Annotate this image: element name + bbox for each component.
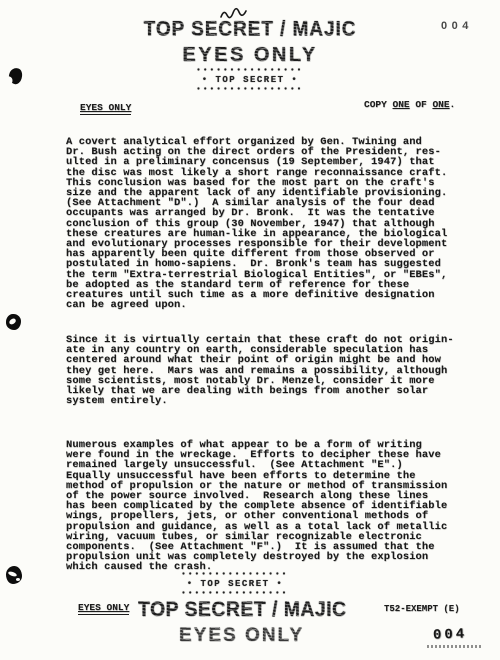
scanned-document-page: 004 TOP SECRET / MAJIC EYES ONLY •••••••…	[0, 0, 500, 660]
footer-dotted-top-secret-stamp: •••••••••••••••• • TOP SECRET • ••••••••…	[160, 571, 310, 598]
ink-blot-icon	[6, 314, 21, 330]
stamp-dots-bottom: ••••••••••••••••	[160, 590, 310, 598]
header-top-secret-majic-stamp: TOP SECRET / MAJIC	[13, 17, 488, 42]
ink-blot-icon	[6, 566, 22, 584]
copy-one-first: ONE	[393, 99, 410, 110]
footer-eyes-only-stamp: EYES ONLY	[179, 625, 304, 647]
copy-count-marking: COPY ONE OF ONE.	[364, 99, 455, 110]
copy-of: OF	[410, 99, 433, 110]
eyes-only-marking: EYES ONLY	[80, 102, 131, 115]
page-number-bottom: 004	[433, 626, 468, 643]
copy-one-second: ONE	[432, 99, 449, 110]
stamp-dots-top: ••••••••••••••••	[0, 67, 500, 75]
body-paragraph-1: A covert analytical effort organized by …	[66, 137, 447, 310]
stamp-dots-top: ••••••••••••••••	[160, 571, 310, 579]
copy-period: .	[450, 99, 456, 110]
smudge-mark	[427, 645, 483, 648]
body-paragraph-2: Since it is virtually certain that these…	[66, 335, 454, 406]
copy-word: COPY	[364, 99, 393, 110]
stamp-label: • TOP SECRET •	[0, 75, 500, 86]
footer-top-secret-majic-stamp: TOP SECRET / MAJIC	[138, 598, 347, 622]
stamp-label: • TOP SECRET •	[160, 579, 310, 590]
exemption-note: T52-EXEMPT (E)	[384, 604, 460, 614]
stamp-dots-bottom: ••••••••••••••••	[0, 86, 500, 94]
header-dotted-top-secret-stamp: •••••••••••••••• • TOP SECRET • ••••••••…	[0, 67, 500, 94]
eyes-only-marking: EYES ONLY	[78, 602, 129, 615]
body-paragraph-3: Numerous examples of what appear to be a…	[66, 440, 447, 573]
header-eyes-only-stamp: EYES ONLY	[0, 44, 500, 67]
